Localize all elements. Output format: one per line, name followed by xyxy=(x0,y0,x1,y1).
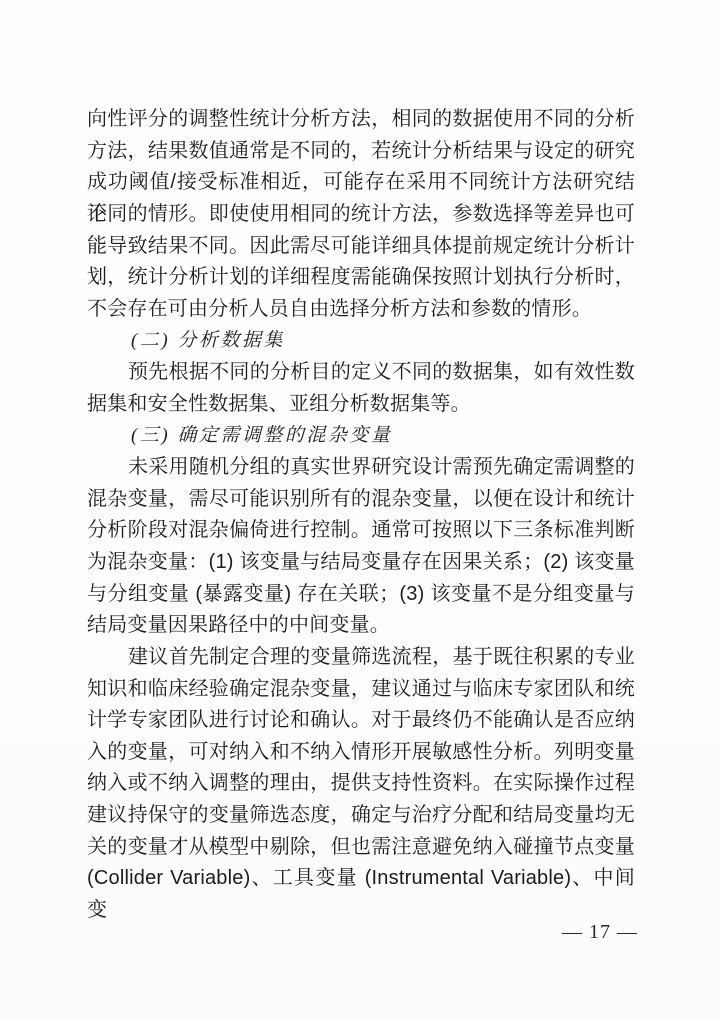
page-text-block: 向性评分的调整性统计分析方法，相同的数据使用不同的分析 方法，结果数值通常是不同… xyxy=(87,104,635,895)
text-line: 为混杂变量：(1) 该变量与结局变量存在因果关系；(2) 该变量 xyxy=(87,547,635,579)
section-heading-3: (三) 确定需调整的混杂变量 xyxy=(87,420,635,452)
text-line: 预先根据不同的分析目的定义不同的数据集，如有效性数 xyxy=(87,357,635,389)
text-line: 不同的情形。即使使用相同的统计方法，参数选择等差异也可 xyxy=(87,199,635,231)
text-line: 据集和安全性数据集、亚组分析数据集等。 xyxy=(87,389,635,421)
text-line: 方法，结果数值通常是不同的，若统计分析结果与设定的研究 xyxy=(87,136,635,168)
text-line: 能导致结果不同。因此需尽可能详细具体提前规定统计分析计 xyxy=(87,231,635,263)
section-heading-2: (二) 分析数据集 xyxy=(87,325,635,357)
text-line: 未采用随机分组的真实世界研究设计需预先确定需调整的 xyxy=(87,452,635,484)
text-line: 与分组变量 (暴露变量) 存在关联；(3) 该变量不是分组变量与 xyxy=(87,579,635,611)
text-line: 混杂变量，需尽可能识别所有的混杂变量，以便在设计和统计 xyxy=(87,484,635,516)
text-line: 入的变量，可对纳入和不纳入情形开展敏感性分析。列明变量 xyxy=(87,737,635,769)
text-line: 划，统计分析计划的详细程度需能确保按照计划执行分析时， xyxy=(87,262,635,294)
text-line: 分析阶段对混杂偏倚进行控制。通常可按照以下三条标准判断 xyxy=(87,515,635,547)
text-line-mixed-latin: (Collider Variable)、工具变量 (Instrumental V… xyxy=(87,863,635,895)
text-line: 关的变量才从模型中剔除，但也需注意避免纳入碰撞节点变量 xyxy=(87,832,635,864)
text-line: 计学专家团队进行讨论和确认。对于最终仍不能确认是否应纳 xyxy=(87,705,635,737)
text-line: 结局变量因果路径中的中间变量。 xyxy=(87,610,635,642)
document-page: 向性评分的调整性统计分析方法，相同的数据使用不同的分析 方法，结果数值通常是不同… xyxy=(0,0,720,1018)
text-line: 纳入或不纳入调整的理由，提供支持性资料。在实际操作过程 xyxy=(87,768,635,800)
text-line: 建议首先制定合理的变量筛选流程，基于既往积累的专业 xyxy=(87,642,635,674)
page-number: — 17 — xyxy=(548,917,652,947)
text-line: 知识和临床经验确定混杂变量，建议通过与临床专家团队和统 xyxy=(87,674,635,706)
text-line: 建议持保守的变量筛选态度，确定与治疗分配和结局变量均无 xyxy=(87,800,635,832)
text-line: 成功阈值/接受标准相近，可能存在采用不同统计方法研究结论 xyxy=(87,167,635,199)
text-line: 不会存在可由分析人员自由选择分析方法和参数的情形。 xyxy=(87,294,635,326)
text-line: 向性评分的调整性统计分析方法，相同的数据使用不同的分析 xyxy=(87,104,635,136)
